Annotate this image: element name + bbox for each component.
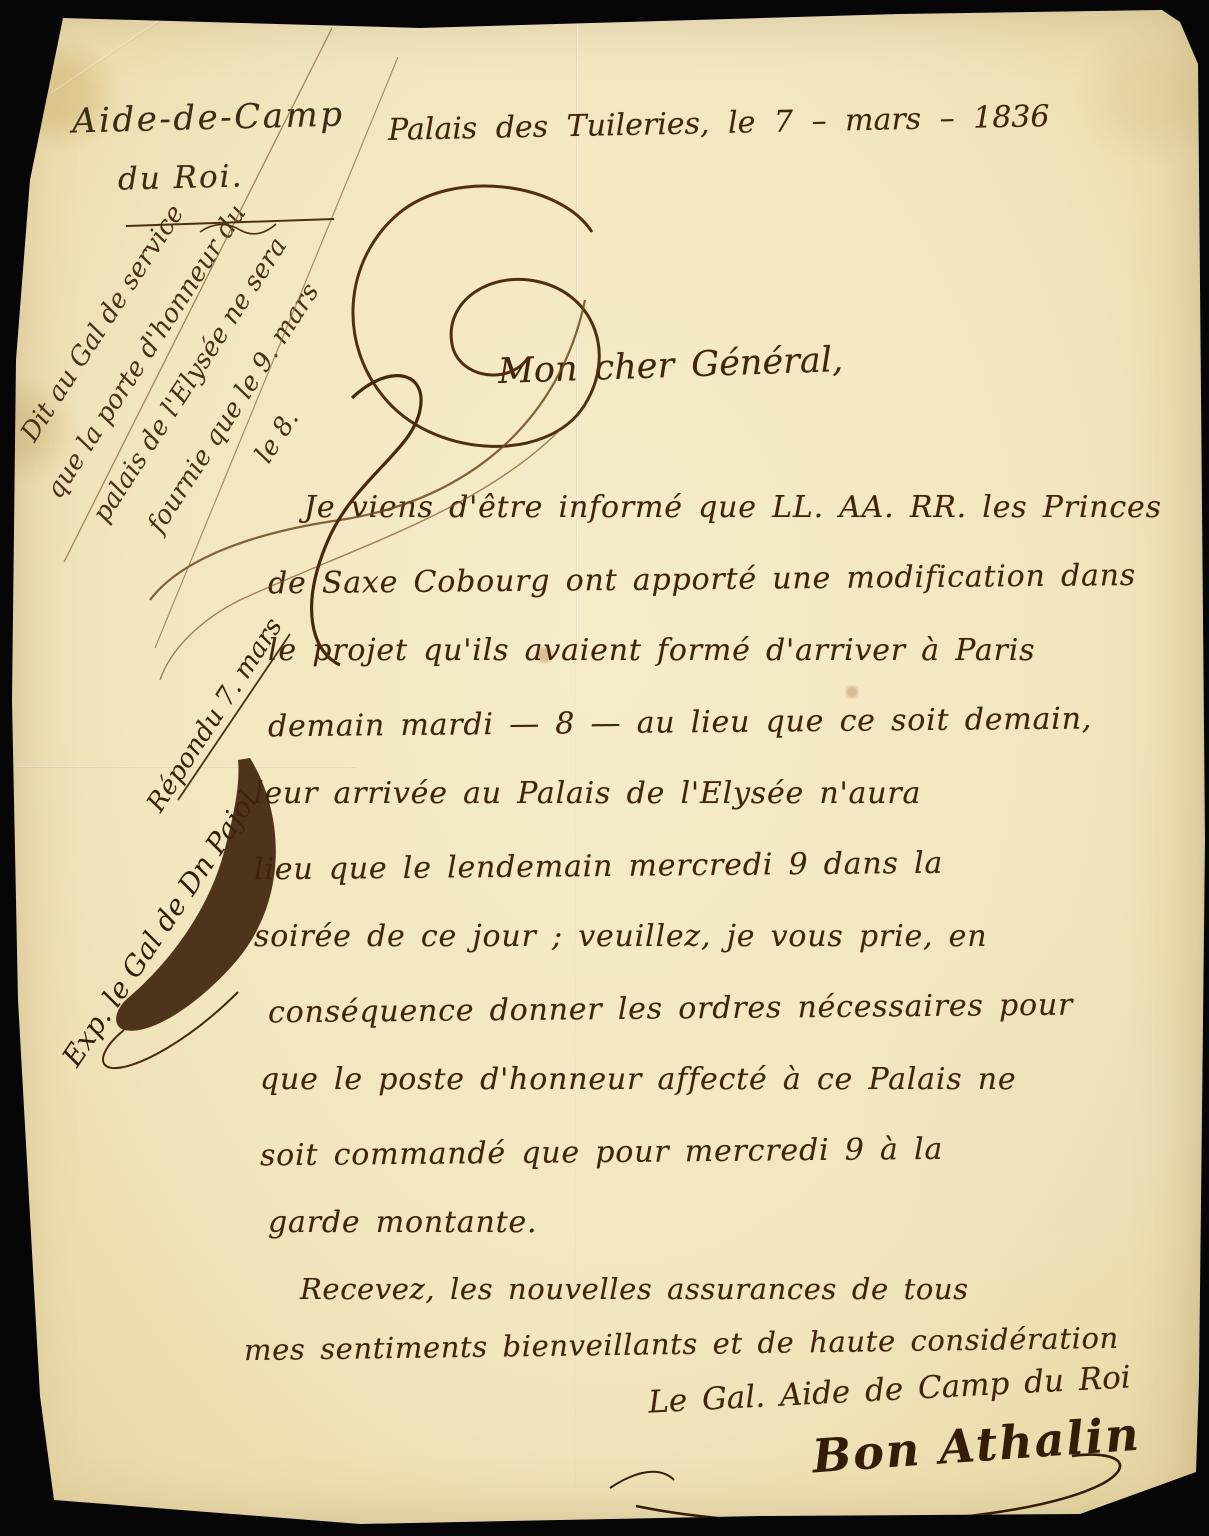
body-line: le projet qu'ils avaient formé d'arriver… [268, 615, 1168, 687]
letter-body: Je viens d'être informé que LL. AA. RR. … [268, 472, 1168, 1259]
closing-formula: Recevez, les nouvelles assurances de tou… [300, 1262, 1119, 1372]
body-line: Je viens d'être informé que LL. AA. RR. … [304, 472, 1168, 544]
salutation: Mon cher Général, [497, 340, 843, 392]
body-line: demain mardi — 8 — au lieu que ce soit d… [268, 682, 1169, 762]
signature-baron-athalin: Bon Athalin [811, 1407, 1143, 1484]
corner-crease [52, 0, 219, 94]
signature-leadin [610, 1472, 674, 1488]
body-line: soit commandé que pour mercredi 9 à la [260, 1111, 1169, 1191]
body-line: soirée de ce jour ; veuillez, je vous pr… [254, 901, 1168, 973]
scanned-letter: Aide-de-Camp du Roi. Palais des Tuilerie… [0, 0, 1209, 1536]
body-line: conséquence donner les ordres nécessaire… [268, 968, 1169, 1048]
body-line: lieu que le lendemain mercredi 9 dans la [254, 825, 1169, 905]
body-line: que le poste d'honneur affecté à ce Pala… [260, 1044, 1168, 1116]
body-line: de Saxe Cobourg ont apporté une modifica… [268, 539, 1169, 619]
body-line: leur arrivée au Palais de l'Elysée n'aur… [254, 758, 1168, 830]
body-line: garde montante. [268, 1187, 1168, 1259]
closing-line: Recevez, les nouvelles assurances de tou… [300, 1262, 1119, 1317]
paper-sheet: Aide-de-Camp du Roi. Palais des Tuilerie… [0, 0, 1209, 1536]
